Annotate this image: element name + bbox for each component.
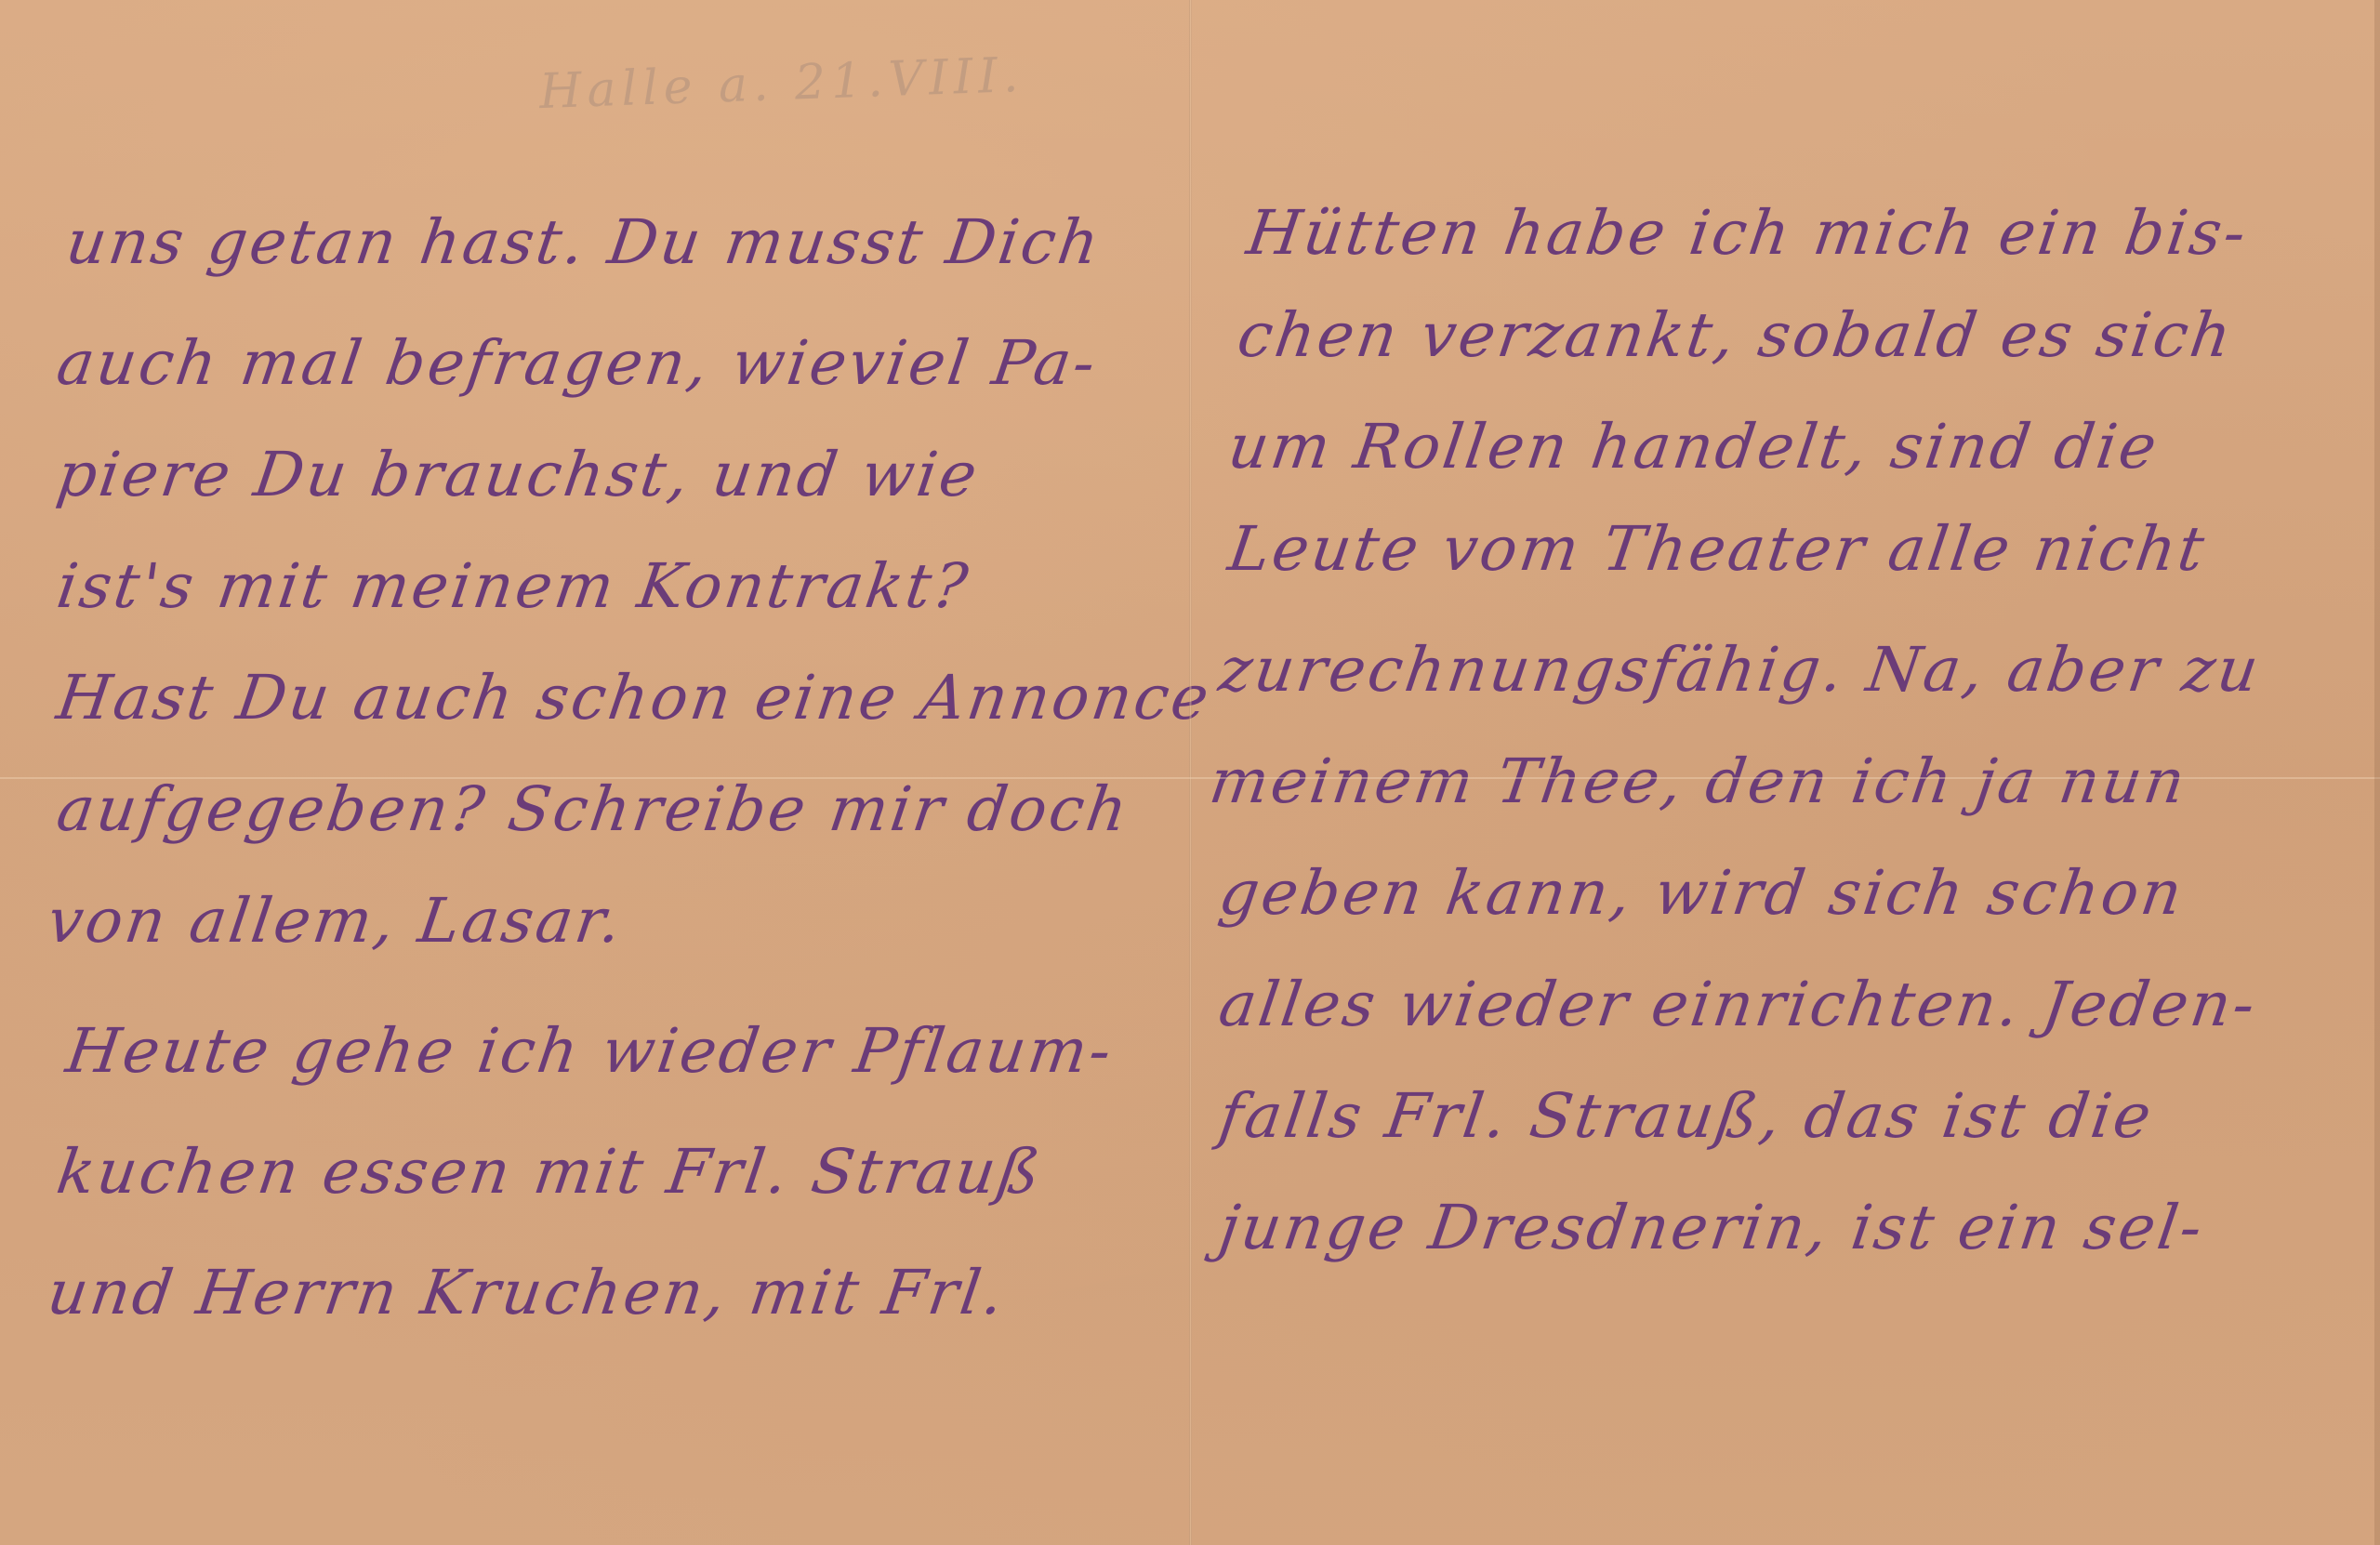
right-line-6: meinem Thee, den ich ja nun — [1206, 751, 2190, 812]
right-line-3: um Rollen handelt, sind die — [1224, 416, 2162, 478]
left-line-8: Heute gehe ich wieder Pflaum- — [62, 1021, 1117, 1082]
right-line-9: falls Frl. Strauß, das ist die — [1215, 1086, 2157, 1147]
left-line-7: von allem, Lasar. — [44, 891, 628, 952]
right-line-1: Hütten habe ich mich ein bis- — [1243, 203, 2252, 264]
left-line-2: auch mal befragen, wieviel Pa- — [53, 333, 1101, 394]
left-line-6: aufgegeben? Schreibe mir doch — [53, 779, 1133, 840]
left-line-9: kuchen essen mit Frl. Strauß — [53, 1142, 1046, 1203]
right-line-8: alles wieder einrichten. Jeden- — [1215, 974, 2261, 1036]
left-line-10: und Herrn Kruchen, mit Frl. — [44, 1262, 1010, 1324]
left-line-3: piere Du brauchst, und wie — [53, 444, 983, 506]
paper-edge — [2374, 0, 2380, 1545]
left-line-1: uns getan hast. Du musst Dich — [62, 212, 1104, 273]
center-fold — [1189, 0, 1192, 1545]
left-line-5: Hast Du auch schon eine Annonce — [53, 667, 1214, 729]
right-line-2: chen verzankt, sobald es sich — [1234, 305, 2237, 366]
right-line-5: zurechnungsfähig. Na, aber zu — [1215, 640, 2264, 701]
right-line-4: Leute vom Theater alle nicht — [1224, 519, 2210, 580]
horizontal-fold — [0, 777, 2380, 779]
right-line-7: geben kann, wird sich schon — [1215, 863, 2188, 924]
right-line-10: junge Dresdnerin, ist ein sel- — [1215, 1197, 2208, 1259]
bleedthrough-date: Halle a. 21.VIII. — [538, 47, 1025, 120]
left-line-4: ist's mit meinem Kontrakt? — [53, 556, 973, 617]
letter-sheet: Halle a. 21.VIII. uns getan hast. Du mus… — [0, 0, 2380, 1545]
